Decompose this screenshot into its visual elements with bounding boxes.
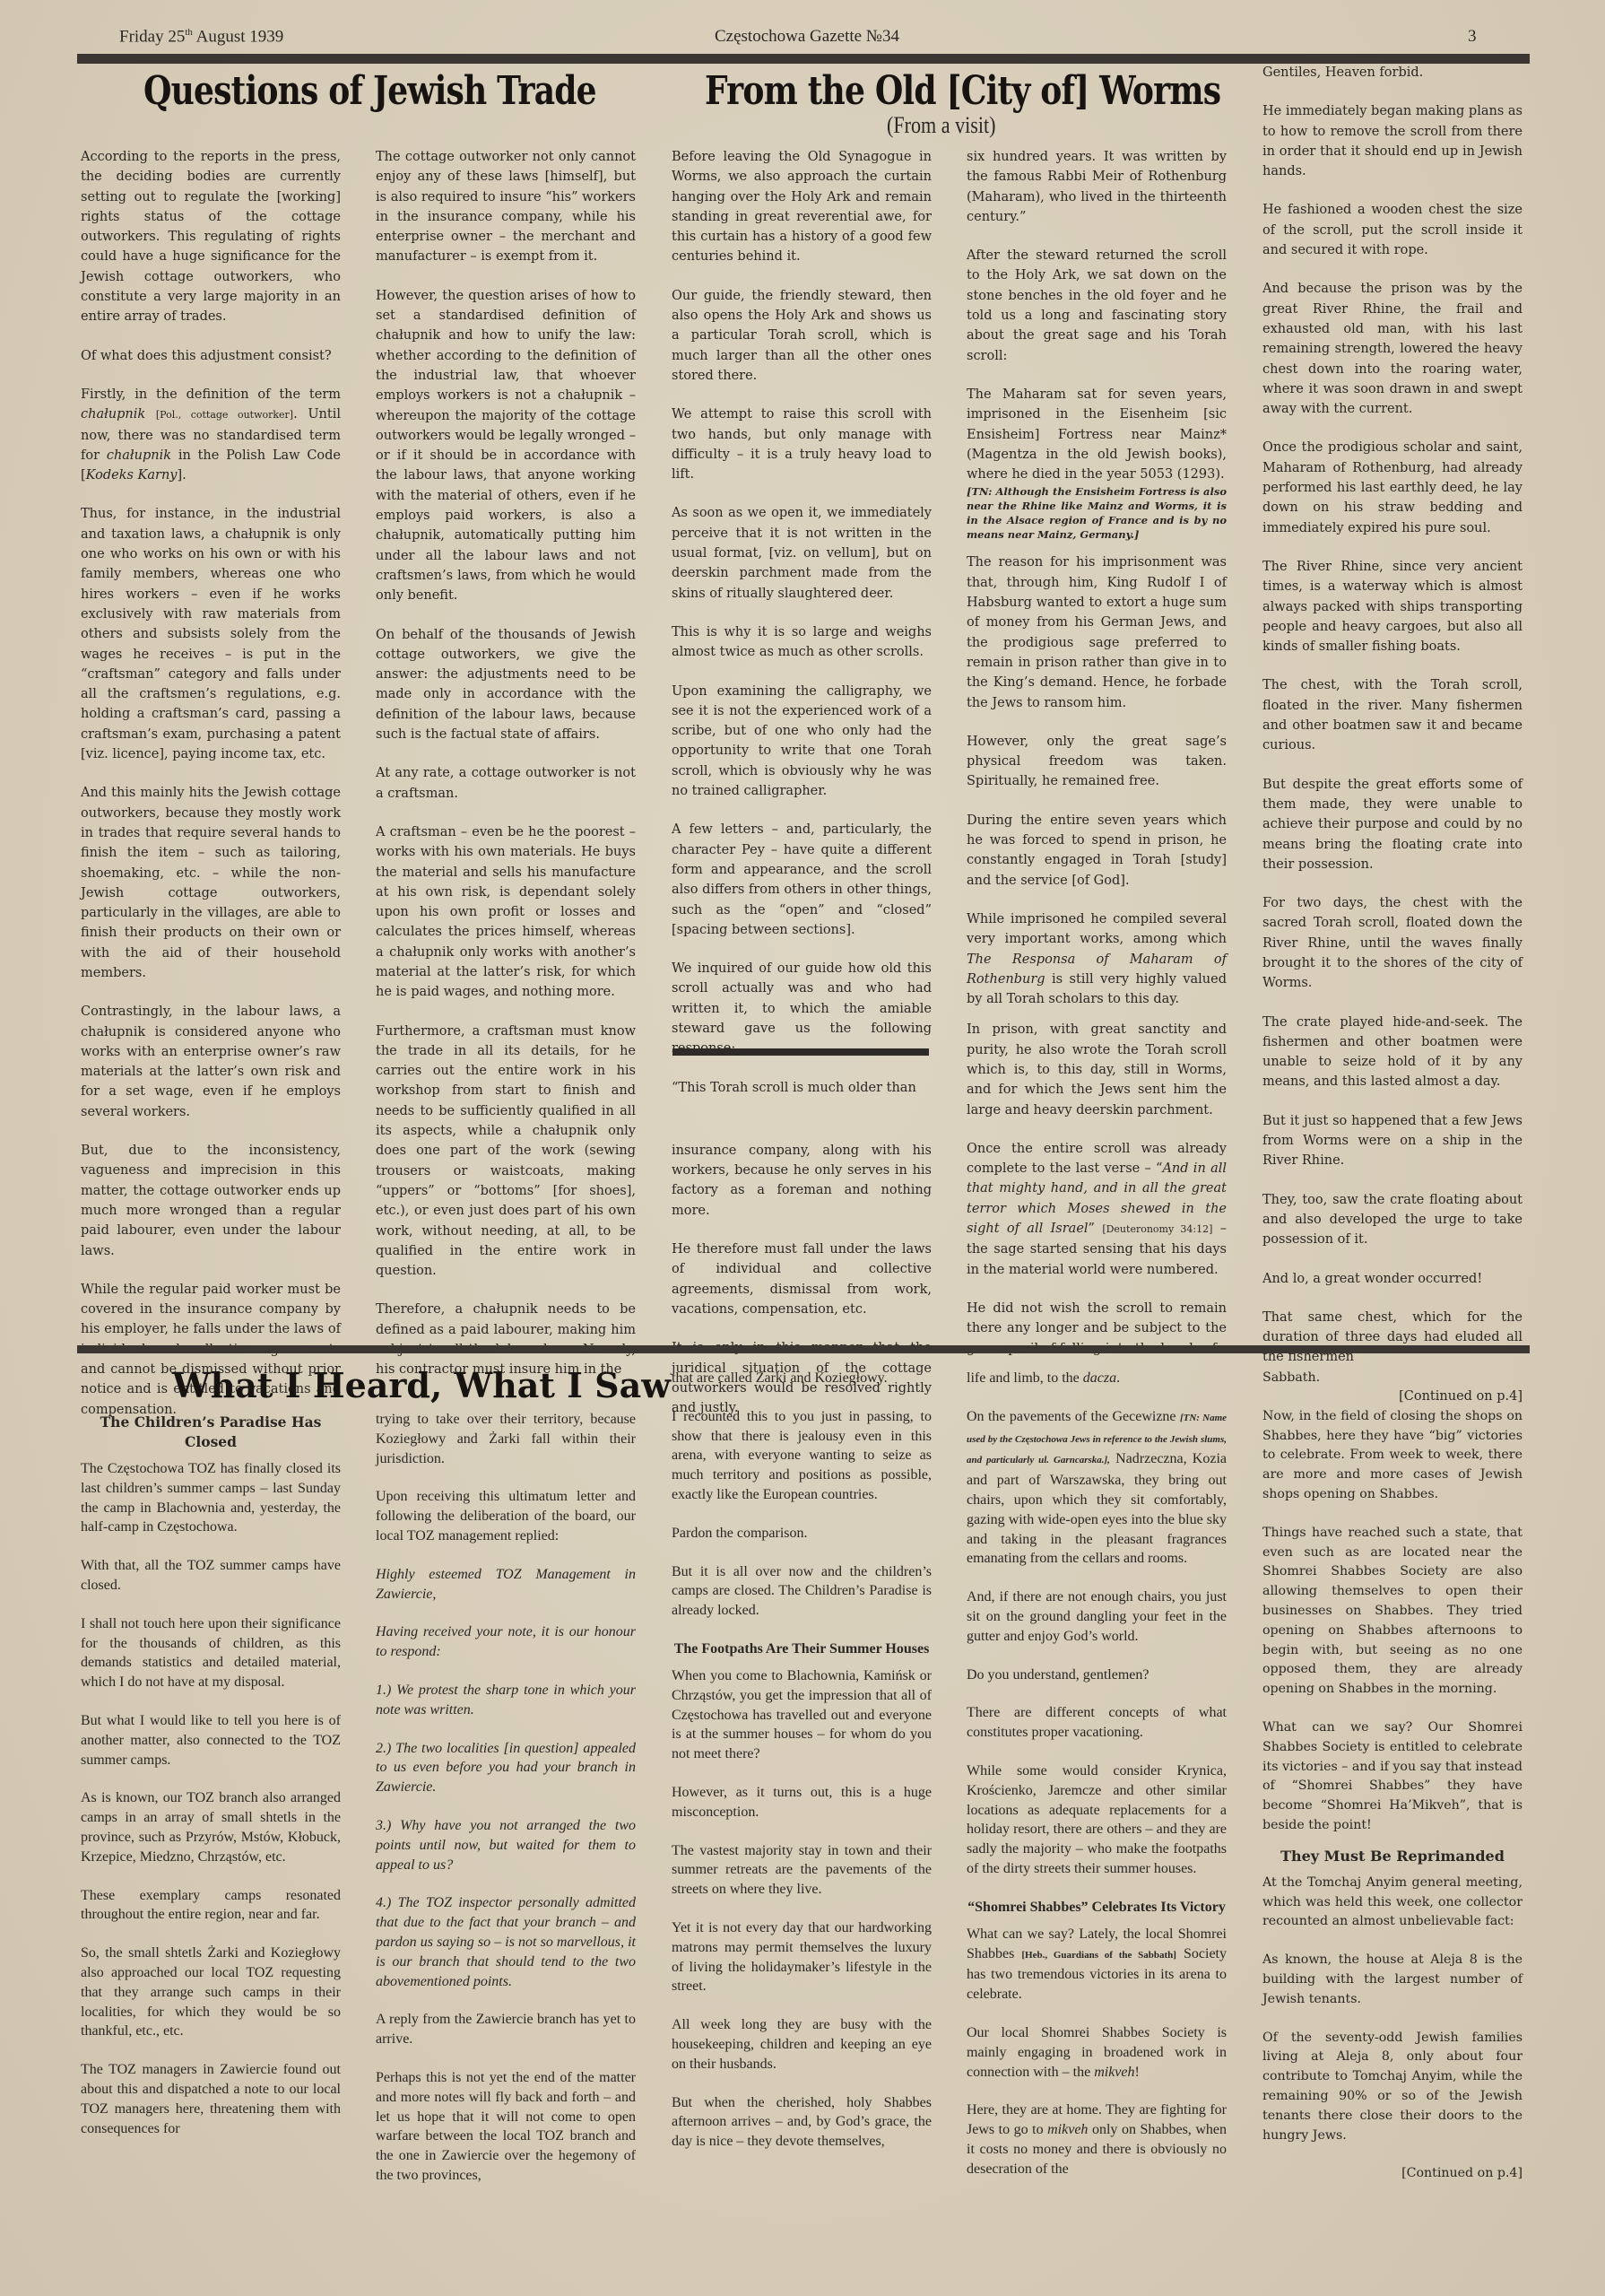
paragraph: Highly esteemed TOZ Management in Zawier…: [376, 1565, 636, 1605]
paragraph: All week long they are busy with the hou…: [672, 2015, 932, 2074]
paragraph: But what I would like to tell you here i…: [81, 1711, 341, 1770]
paragraph: Here, they are at home. They are fightin…: [967, 2100, 1227, 2179]
section-heading-footpaths: The Footpaths Are Their Summer Houses: [672, 1639, 932, 1659]
paragraph: insurance company, along with his worker…: [672, 1141, 932, 1221]
paragraph: Upon receiving this ultimatum letter and…: [376, 1487, 636, 1545]
page-number: 3: [1468, 27, 1477, 47]
paragraph: The cottage outworker not only cannot en…: [376, 147, 636, 267]
paragraph: The River Rhine, since very ancient time…: [1262, 557, 1523, 657]
paragraph: Having received your note, it is our hon…: [376, 1622, 636, 1662]
paragraph: However, the question arises of how to s…: [376, 286, 636, 606]
translation-note: [Heb., Guardians of the Sabbath]: [1021, 1950, 1176, 1961]
paragraph: Contrastingly, in the labour laws, a cha…: [81, 1002, 341, 1122]
paragraph: These exemplary camps resonated througho…: [81, 1886, 341, 1926]
paragraph: And this mainly hits the Jewish cottage …: [81, 783, 341, 983]
paragraph: When you come to Blachownia, Kamińsk or …: [672, 1666, 932, 1764]
heard-column-4: life and limb, to the dacza. On the pave…: [967, 1369, 1227, 2198]
paragraph: 4.) The TOZ inspector personally admitte…: [376, 1893, 636, 1991]
worms-column-3: Gentiles, Heaven forbid. He immediately …: [1262, 63, 1523, 1425]
paragraph: A craftsman – even be he the poorest – w…: [376, 822, 636, 1003]
paragraph: And, if there are not enough chairs, you…: [967, 1587, 1227, 1646]
issue-date: Friday 25th August 1939: [119, 27, 283, 47]
paragraph: There are different concepts of what con…: [967, 1703, 1227, 1743]
paragraph: I shall not touch here upon their signif…: [81, 1614, 341, 1692]
heard-column-1: The Children’s Paradise Has Closed The C…: [81, 1413, 341, 2157]
paragraph: However, only the great sage’s physical …: [967, 732, 1227, 792]
translator-note: [TN: Although the Ensisheim Fortress is …: [967, 484, 1227, 542]
paragraph: For two days, the chest with the sacred …: [1262, 893, 1523, 993]
paragraph: The crate played hide-and-seek. The fish…: [1262, 1013, 1523, 1092]
paragraph: With that, all the TOZ summer camps have…: [81, 1556, 341, 1596]
paragraph: A few letters – and, particularly, the c…: [672, 820, 932, 940]
paragraph: Perhaps this is not yet the end of the m…: [376, 2068, 636, 2186]
paragraph: Furthermore, a craftsman must know the t…: [376, 1022, 636, 1282]
paragraph: But it is all over now and the children’…: [672, 1562, 932, 1621]
paragraph: trying to take over their territory, bec…: [376, 1410, 636, 1468]
paragraph: And lo, a great wonder occurred!: [1262, 1269, 1523, 1289]
paragraph: Things have reached such a state, that e…: [1262, 1524, 1523, 1700]
paragraph: Once the prodigious scholar and saint, M…: [1262, 438, 1523, 537]
heard-column-5: Sabbath. Now, in the field of closing th…: [1262, 1369, 1523, 2203]
paragraph: Firstly, in the definition of the term c…: [81, 385, 341, 485]
paragraph: Our local Shomrei Shabbes Society is mai…: [967, 2023, 1227, 2082]
section-rule: [77, 1345, 1530, 1353]
paragraph: “This Torah scroll is much older than: [672, 1078, 932, 1098]
paragraph: In prison, with great sanctity and purit…: [967, 1020, 1227, 1119]
paragraph: While some would consider Krynica, Krośc…: [967, 1761, 1227, 1879]
paragraph: He therefore must fall under the laws of…: [672, 1239, 932, 1319]
paragraph: Now, in the field of closing the shops o…: [1262, 1407, 1523, 1505]
trade-column-1: According to the reports in the press, t…: [81, 147, 341, 1439]
paragraph: As is known, our TOZ branch also arrange…: [81, 1788, 341, 1866]
paragraph: As soon as we open it, we immediately pe…: [672, 503, 932, 603]
paragraph: The Maharam sat for seven years, impriso…: [967, 385, 1227, 542]
worms-column-2: six hundred years. It was written by the…: [967, 147, 1227, 1378]
paragraph: The vastest majority stay in town and th…: [672, 1841, 932, 1900]
paragraph: What can we say? Our Shomrei Shabbes Soc…: [1262, 1718, 1523, 1836]
paragraph: Upon examining the calligraphy, we see i…: [672, 682, 932, 802]
headline-jewish-trade: Questions of Jewish Trade: [143, 68, 596, 114]
paragraph: At the Tomchaj Anyim general meeting, wh…: [1262, 1874, 1523, 1932]
paragraph: During the entire seven years which he w…: [967, 811, 1227, 891]
paragraph: Gentiles, Heaven forbid.: [1262, 63, 1523, 83]
heard-column-2: trying to take over their territory, bec…: [376, 1410, 636, 2205]
paragraph: Do you understand, gentlemen?: [967, 1665, 1227, 1685]
paragraph: Of the seventy-odd Jewish families livin…: [1262, 2029, 1523, 2146]
paragraph: They, too, saw the crate floating about …: [1262, 1190, 1523, 1250]
paragraph: While imprisoned he compiled several ver…: [967, 909, 1227, 1009]
paragraph: The chest, with the Torah scroll, floate…: [1262, 675, 1523, 755]
paragraph: Before leaving the Old Synagogue in Worm…: [672, 147, 932, 267]
paragraph: What can we say? Lately, the local Shomr…: [967, 1925, 1227, 2005]
publication-name: Częstochowa Gazette №34: [715, 27, 899, 47]
paragraph: The TOZ managers in Zawiercie found out …: [81, 2060, 341, 2138]
paragraph: Of what does this adjustment consist?: [81, 346, 341, 366]
paragraph: We attempt to raise this scroll with two…: [672, 404, 932, 484]
worms-column-1: Before leaving the Old Synagogue in Worm…: [672, 147, 932, 1437]
paragraph: Our guide, the friendly steward, then al…: [672, 286, 932, 386]
paragraph: A reply from the Zawiercie branch has ye…: [376, 2010, 636, 2049]
paragraph: On the pavements of the Gecewizne [TN: N…: [967, 1407, 1227, 1569]
paragraph: 3.) Why have you not arranged the two po…: [376, 1816, 636, 1874]
paragraph: But when the cherished, holy Shabbes aft…: [672, 2093, 932, 2152]
worms-subtitle: (From a visit): [887, 112, 996, 139]
paragraph: However, as it turns out, this is a huge…: [672, 1783, 932, 1822]
paragraph: that are called Żarki and Koziegłowy.: [672, 1369, 932, 1388]
paragraph: The Częstochowa TOZ has finally closed i…: [81, 1459, 341, 1537]
paragraph: I recounted this to you just in passing,…: [672, 1407, 932, 1505]
paragraph: At any rate, a cottage outworker is not …: [376, 763, 636, 804]
paragraph: 2.) The two localities [in question] app…: [376, 1739, 636, 1797]
paragraph: According to the reports in the press, t…: [81, 147, 341, 327]
paragraph: Thus, for instance, in the industrial an…: [81, 504, 341, 764]
paragraph: So, the small shtetls Żarki and Koziegło…: [81, 1944, 341, 2041]
paragraph: And because the prison was by the great …: [1262, 279, 1523, 419]
paragraph: But, due to the inconsistency, vagueness…: [81, 1141, 341, 1261]
section-heading-reprimand: They Must Be Reprimanded: [1262, 1847, 1523, 1866]
paragraph: After the steward returned the scroll to…: [967, 246, 1227, 366]
headline-worms: From the Old [City of] Worms: [705, 68, 1220, 114]
paragraph: On behalf of the thousands of Jewish cot…: [376, 625, 636, 745]
paragraph: That same chest, which for the duration …: [1262, 1308, 1523, 1368]
trade-column-2: The cottage outworker not only cannot en…: [376, 147, 636, 1399]
paragraph: This is why it is so large and weighs al…: [672, 622, 932, 663]
headline-what-i-heard: What I Heard, What I Saw: [172, 1365, 671, 1405]
paragraph: Yet it is not every day that our hardwor…: [672, 1918, 932, 1996]
paragraph: Sabbath.: [1262, 1369, 1523, 1388]
paragraph: He immediately began making plans as to …: [1262, 101, 1523, 181]
paragraph: But despite the great efforts some of th…: [1262, 775, 1523, 874]
paragraph: But it just so happened that a few Jews …: [1262, 1111, 1523, 1171]
paragraph: six hundred years. It was written by the…: [967, 147, 1227, 227]
paragraph: We inquired of our guide how old this sc…: [672, 959, 932, 1058]
heard-column-3: that are called Żarki and Koziegłowy. I …: [672, 1369, 932, 2170]
continued-link[interactable]: [Continued on p.4]: [1262, 2164, 1523, 2184]
paragraph: The reason for his imprisonment was that…: [967, 552, 1227, 712]
paragraph: Once the entire scroll was already compl…: [967, 1139, 1227, 1280]
paragraph: life and limb, to the dacza.: [967, 1369, 1227, 1388]
paragraph: 1.) We protest the sharp tone in which y…: [376, 1681, 636, 1720]
paragraph: Pardon the comparison.: [672, 1524, 932, 1544]
section-heading-children: The Children’s Paradise Has Closed: [81, 1413, 341, 1452]
paragraph: He fashioned a wooden chest the size of …: [1262, 200, 1523, 260]
article-separator-rule: [672, 1048, 929, 1056]
section-heading-shomrei: “Shomrei Shabbes” Celebrates Its Victory: [967, 1898, 1227, 1918]
paragraph: As known, the house at Aleja 8 is the bu…: [1262, 1951, 1523, 2009]
